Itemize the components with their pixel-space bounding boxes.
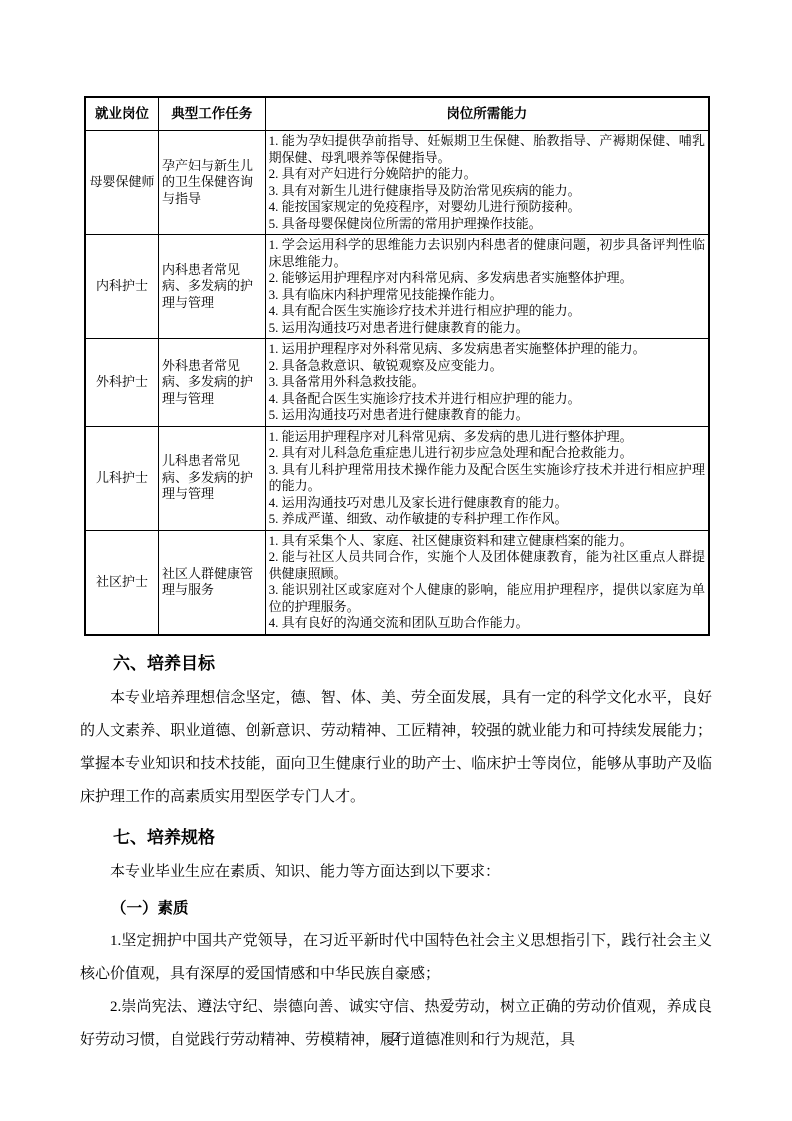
- ability-line: 4. 能按国家规定的免疫程序，对婴幼儿进行预防接种。: [269, 199, 705, 216]
- document-page: 就业岗位 典型工作任务 岗位所需能力 母婴保健师 孕产妇与新生儿的卫生保健咨询与…: [0, 0, 792, 1121]
- paragraph-spec-intro: 本专业毕业生应在素质、知识、能力等方面达到以下要求：: [80, 856, 712, 889]
- position-cell: 外科护士: [85, 339, 158, 427]
- section-heading-training-spec: 七、培养规格: [80, 826, 712, 850]
- ability-line: 3. 具备常用外科急救技能。: [269, 374, 705, 391]
- table-row-internal-medicine-nurse: 内科护士 内科患者常见病、多发病的护理与管理 1. 学会运用科学的思维能力去识别…: [85, 235, 709, 339]
- ability-line: 3. 具有对新生儿进行健康指导及防治常见疾病的能力。: [269, 183, 705, 200]
- page-number: 2: [0, 1030, 792, 1046]
- job-competency-table: 就业岗位 典型工作任务 岗位所需能力 母婴保健师 孕产妇与新生儿的卫生保健咨询与…: [84, 96, 710, 636]
- column-header-ability: 岗位所需能力: [265, 97, 709, 131]
- abilities-cell: 1. 具有采集个人、家庭、社区健康资料和建立健康档案的能力。 2. 能与社区人员…: [265, 530, 709, 635]
- column-header-position: 就业岗位: [85, 97, 158, 131]
- ability-line: 5. 具备母婴保健岗位所需的常用护理操作技能。: [269, 216, 705, 233]
- abilities-cell: 1. 能为孕妇提供孕前指导、妊娠期卫生保健、胎教指导、产褥期保健、哺乳期保健、母…: [265, 131, 709, 235]
- task-cell: 内科患者常见病、多发病的护理与管理: [158, 235, 265, 339]
- ability-line: 1. 学会运用科学的思维能力去识别内科患者的健康问题，初步具备评判性临床思维能力…: [269, 237, 705, 270]
- task-cell: 孕产妇与新生儿的卫生保健咨询与指导: [158, 131, 265, 235]
- position-cell: 内科护士: [85, 235, 158, 339]
- document-body: 六、培养目标 本专业培养理想信念坚定，德、智、体、美、劳全面发展，具有一定的科学…: [80, 640, 712, 1057]
- position-cell: 儿科护士: [85, 426, 158, 530]
- ability-line: 4. 具有配合医生实施诊疗技术并进行相应护理的能力。: [269, 303, 705, 320]
- ability-line: 1. 具有采集个人、家庭、社区健康资料和建立健康档案的能力。: [269, 533, 705, 550]
- paragraph-quality-item-2: 2.崇尚宪法、遵法守纪、崇德向善、诚实守信、热爱劳动，树立正确的劳动价值观，养成…: [80, 991, 712, 1057]
- abilities-cell: 1. 运用护理程序对外科常见病、多发病患者实施整体护理的能力。 2. 具备急救意…: [265, 339, 709, 427]
- column-header-task: 典型工作任务: [158, 97, 265, 131]
- ability-line: 5. 运用沟通技巧对患者进行健康教育的能力。: [269, 320, 705, 337]
- position-cell: 母婴保健师: [85, 131, 158, 235]
- task-cell: 社区人群健康管理与服务: [158, 530, 265, 635]
- ability-line: 2. 具有对产妇进行分娩陪护的能力。: [269, 166, 705, 183]
- paragraph-training-goal: 本专业培养理想信念坚定，德、智、体、美、劳全面发展，具有一定的科学文化水平，良好…: [80, 682, 712, 814]
- ability-line: 1. 能为孕妇提供孕前指导、妊娠期卫生保健、胎教指导、产褥期保健、哺乳期保健、母…: [269, 133, 705, 166]
- ability-line: 5. 运用沟通技巧对患者进行健康教育的能力。: [269, 407, 705, 424]
- table-row-community-nurse: 社区护士 社区人群健康管理与服务 1. 具有采集个人、家庭、社区健康资料和建立健…: [85, 530, 709, 635]
- ability-line: 3. 能识别社区或家庭对个人健康的影响，能应用护理程序，提供以家庭为单位的护理服…: [269, 582, 705, 615]
- ability-line: 2. 能够运用护理程序对内科常见病、多发病患者实施整体护理。: [269, 270, 705, 287]
- table-row-surgical-nurse: 外科护士 外科患者常见病、多发病的护理与管理 1. 运用护理程序对外科常见病、多…: [85, 339, 709, 427]
- ability-line: 2. 能与社区人员共同合作，实施个人及团体健康教育，能为社区重点人群提供健康照顾…: [269, 549, 705, 582]
- abilities-cell: 1. 学会运用科学的思维能力去识别内科患者的健康问题，初步具备评判性临床思维能力…: [265, 235, 709, 339]
- paragraph-quality-item-1: 1.坚定拥护中国共产党领导，在习近平新时代中国特色社会主义思想指引下，践行社会主…: [80, 925, 712, 991]
- table-row-maternal-infant-nurse: 母婴保健师 孕产妇与新生儿的卫生保健咨询与指导 1. 能为孕妇提供孕前指导、妊娠…: [85, 131, 709, 235]
- ability-line: 2. 具有对儿科急危重症患儿进行初步应急处理和配合抢救能力。: [269, 445, 705, 462]
- task-cell: 外科患者常见病、多发病的护理与管理: [158, 339, 265, 427]
- ability-line: 3. 具有临床内科护理常见技能操作能力。: [269, 287, 705, 304]
- abilities-cell: 1. 能运用护理程序对儿科常见病、多发病的患儿进行整体护理。 2. 具有对儿科急…: [265, 426, 709, 530]
- ability-line: 4. 具备配合医生实施诊疗技术并进行相应护理的能力。: [269, 391, 705, 408]
- task-cell: 儿科患者常见病、多发病的护理与管理: [158, 426, 265, 530]
- ability-line: 5. 养成严谨、细致、动作敏捷的专科护理工作作风。: [269, 511, 705, 528]
- position-cell: 社区护士: [85, 530, 158, 635]
- ability-line: 1. 能运用护理程序对儿科常见病、多发病的患儿进行整体护理。: [269, 429, 705, 446]
- subsection-heading-quality: （一）素质: [80, 897, 712, 921]
- table-row-pediatric-nurse: 儿科护士 儿科患者常见病、多发病的护理与管理 1. 能运用护理程序对儿科常见病、…: [85, 426, 709, 530]
- section-heading-training-goal: 六、培养目标: [80, 652, 712, 676]
- ability-line: 4. 具有良好的沟通交流和团队互助合作能力。: [269, 615, 705, 632]
- ability-line: 3. 具有儿科护理常用技术操作能力及配合医生实施诊疗技术并进行相应护理的能力。: [269, 462, 705, 495]
- ability-line: 1. 运用护理程序对外科常见病、多发病患者实施整体护理的能力。: [269, 341, 705, 358]
- ability-line: 2. 具备急救意识、敏锐观察及应变能力。: [269, 358, 705, 375]
- table-header-row: 就业岗位 典型工作任务 岗位所需能力: [85, 97, 709, 131]
- ability-line: 4. 运用沟通技巧对患儿及家长进行健康教育的能力。: [269, 495, 705, 512]
